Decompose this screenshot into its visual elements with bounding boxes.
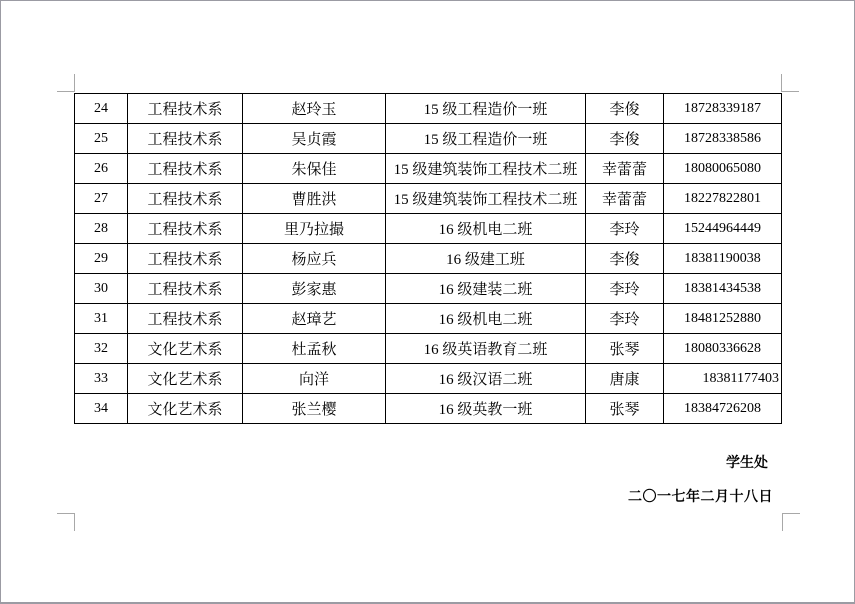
signature-office: 学生处 <box>726 452 768 472</box>
cell-class: 16 级建装二班 <box>386 274 586 304</box>
cell-phone: 18728339187 <box>664 94 782 124</box>
cell-name: 赵玲玉 <box>243 94 386 124</box>
cell-advisor: 李玲 <box>586 304 664 334</box>
cell-department: 文化艺术系 <box>128 364 243 394</box>
cell-number: 31 <box>75 304 128 334</box>
cell-class: 16 级机电二班 <box>386 214 586 244</box>
table-row: 27 工程技术系 曹胜洪 15 级建筑装饰工程技术二班 幸蕾蕾 18227822… <box>75 184 782 214</box>
margin-mark-top-right-icon <box>781 74 799 92</box>
table-row: 26 工程技术系 朱保佳 15 级建筑装饰工程技术二班 幸蕾蕾 18080065… <box>75 154 782 184</box>
cell-advisor: 张琴 <box>586 394 664 424</box>
cell-department: 工程技术系 <box>128 154 243 184</box>
table-row: 29 工程技术系 杨应兵 16 级建工班 李俊 18381190038 <box>75 244 782 274</box>
cell-department: 工程技术系 <box>128 124 243 154</box>
cell-class: 16 级机电二班 <box>386 304 586 334</box>
cell-advisor: 幸蕾蕾 <box>586 154 664 184</box>
cell-name: 杜孟秋 <box>243 334 386 364</box>
cell-phone: 15244964449 <box>664 214 782 244</box>
table-row: 32 文化艺术系 杜孟秋 16 级英语教育二班 张琴 18080336628 <box>75 334 782 364</box>
cell-number: 30 <box>75 274 128 304</box>
cell-name: 吴贞霞 <box>243 124 386 154</box>
cell-department: 工程技术系 <box>128 214 243 244</box>
cell-name: 杨应兵 <box>243 244 386 274</box>
cell-advisor: 李俊 <box>586 94 664 124</box>
cell-number: 27 <box>75 184 128 214</box>
cell-phone: 18381434538 <box>664 274 782 304</box>
cell-name: 彭家惠 <box>243 274 386 304</box>
cell-phone: 18227822801 <box>664 184 782 214</box>
cell-class: 16 级英语教育二班 <box>386 334 586 364</box>
cell-name: 向洋 <box>243 364 386 394</box>
document-page: 24 工程技术系 赵玲玉 15 级工程造价一班 李俊 18728339187 2… <box>0 0 855 604</box>
cell-department: 工程技术系 <box>128 184 243 214</box>
table-row: 25 工程技术系 吴贞霞 15 级工程造价一班 李俊 18728338586 <box>75 124 782 154</box>
cell-class: 16 级建工班 <box>386 244 586 274</box>
cell-department: 文化艺术系 <box>128 394 243 424</box>
cell-number: 33 <box>75 364 128 394</box>
margin-mark-bottom-right-icon <box>782 513 800 531</box>
cell-class: 15 级工程造价一班 <box>386 94 586 124</box>
cell-number: 26 <box>75 154 128 184</box>
cell-phone: 18728338586 <box>664 124 782 154</box>
cell-advisor: 李玲 <box>586 214 664 244</box>
margin-mark-bottom-left-icon <box>57 513 75 531</box>
cell-phone: 18384726208 <box>664 394 782 424</box>
cell-advisor: 幸蕾蕾 <box>586 184 664 214</box>
cell-class: 15 级建筑装饰工程技术二班 <box>386 154 586 184</box>
cell-department: 文化艺术系 <box>128 334 243 364</box>
cell-name: 曹胜洪 <box>243 184 386 214</box>
cell-name: 里乃拉撮 <box>243 214 386 244</box>
cell-number: 29 <box>75 244 128 274</box>
cell-class: 15 级工程造价一班 <box>386 124 586 154</box>
cell-department: 工程技术系 <box>128 274 243 304</box>
signature-date: 二〇一七年二月十八日 <box>628 486 773 506</box>
table-row: 34 文化艺术系 张兰樱 16 级英教一班 张琴 18384726208 <box>75 394 782 424</box>
cell-number: 24 <box>75 94 128 124</box>
cell-number: 32 <box>75 334 128 364</box>
cell-department: 工程技术系 <box>128 94 243 124</box>
cell-advisor: 李俊 <box>586 244 664 274</box>
cell-name: 张兰樱 <box>243 394 386 424</box>
cell-phone: 18481252880 <box>664 304 782 334</box>
cell-name: 赵璋艺 <box>243 304 386 334</box>
cell-advisor: 张琴 <box>586 334 664 364</box>
cell-class: 16 级英教一班 <box>386 394 586 424</box>
cell-advisor: 唐康 <box>586 364 664 394</box>
roster-table: 24 工程技术系 赵玲玉 15 级工程造价一班 李俊 18728339187 2… <box>74 93 782 424</box>
table-row: 31 工程技术系 赵璋艺 16 级机电二班 李玲 18481252880 <box>75 304 782 334</box>
cell-number: 28 <box>75 214 128 244</box>
table-row: 30 工程技术系 彭家惠 16 级建装二班 李玲 18381434538 <box>75 274 782 304</box>
table-row: 28 工程技术系 里乃拉撮 16 级机电二班 李玲 15244964449 <box>75 214 782 244</box>
cell-phone: 18080065080 <box>664 154 782 184</box>
cell-number: 34 <box>75 394 128 424</box>
table-row: 33 文化艺术系 向洋 16 级汉语二班 唐康 18381177403 <box>75 364 782 394</box>
cell-phone: 18381177403 <box>664 364 782 394</box>
cell-advisor: 李玲 <box>586 274 664 304</box>
cell-department: 工程技术系 <box>128 304 243 334</box>
cell-class: 15 级建筑装饰工程技术二班 <box>386 184 586 214</box>
cell-number: 25 <box>75 124 128 154</box>
cell-phone: 18080336628 <box>664 334 782 364</box>
cell-name: 朱保佳 <box>243 154 386 184</box>
cell-phone: 18381190038 <box>664 244 782 274</box>
cell-class: 16 级汉语二班 <box>386 364 586 394</box>
margin-mark-top-left-icon <box>57 74 75 92</box>
cell-department: 工程技术系 <box>128 244 243 274</box>
cell-advisor: 李俊 <box>586 124 664 154</box>
table-row: 24 工程技术系 赵玲玉 15 级工程造价一班 李俊 18728339187 <box>75 94 782 124</box>
